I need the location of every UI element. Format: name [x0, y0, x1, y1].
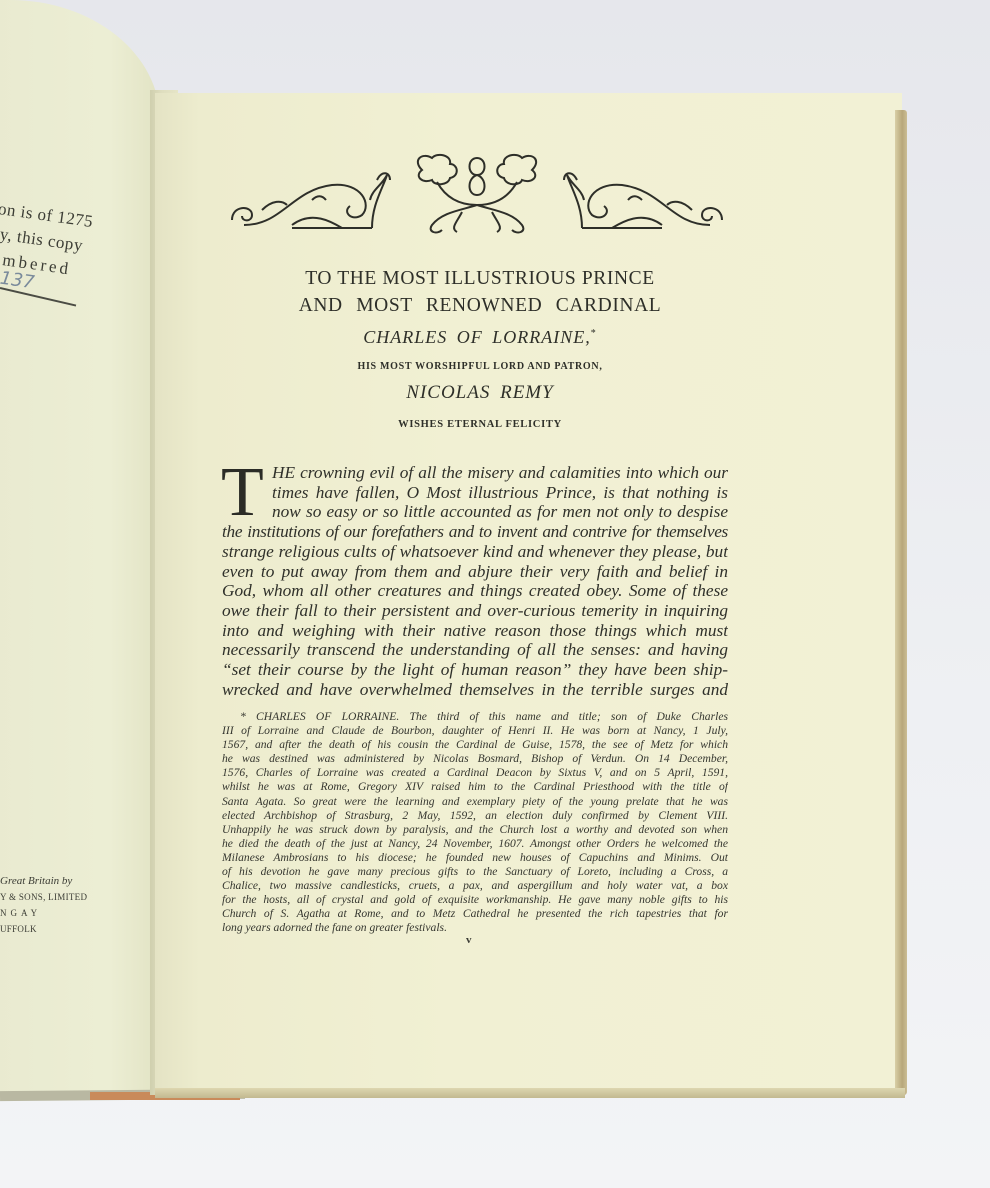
- floral-ornament-icon: [222, 150, 732, 240]
- page-block-edge: [895, 110, 907, 1095]
- text-line: into and weighing with their native reas…: [222, 621, 728, 641]
- footnote-line: Milanese Ambrosians to his diocese; he f…: [222, 851, 728, 865]
- dedication-heading-line-1: TO THE MOST ILLUSTRIOUS PRINCE: [215, 268, 745, 290]
- text-line: the institutions of our forefathers and …: [222, 522, 728, 542]
- text-line: even to put away from them and abjure th…: [222, 562, 728, 582]
- imprint-line: NGAY: [0, 905, 87, 921]
- dedication-subtitle: HIS MOST WORSHIPFUL LORD AND PATRON,: [215, 361, 745, 372]
- printer-imprint: Great Britain by Y & SONS, LIMITED NGAY …: [0, 873, 87, 937]
- text-line: now so easy or so little accounted as fo…: [222, 502, 728, 522]
- text-line: God, whom all other creatures and things…: [222, 581, 728, 601]
- text-line: owe their fall to their persistent and o…: [222, 601, 728, 621]
- footnote-line: Church of S. Agatha at Rome, and to Metz…: [222, 907, 728, 921]
- text-line: necessarily transcend the understanding …: [222, 640, 728, 660]
- dedication-closing: WISHES ETERNAL FELICITY: [215, 419, 745, 430]
- imprint-line: Great Britain by: [0, 873, 87, 889]
- dedicatee-name: CHARLES OF LORRAINE,*: [215, 327, 745, 348]
- footnote-line: he was destined was administered by Nico…: [222, 752, 728, 766]
- text-line: wrecked and have overwhelmed themselves …: [222, 680, 728, 700]
- footnote-line: 1576, Charles of Lorraine was created a …: [222, 766, 728, 780]
- footnote: * CHARLES OF LORRAINE. The third of this…: [222, 710, 728, 936]
- imprint-line: UFFOLK: [0, 921, 87, 937]
- text-line: “set their course by the light of human …: [222, 660, 728, 680]
- imprint-line: Y & SONS, LIMITED: [0, 889, 87, 905]
- footnote-line: whilst he was at Rome, Gregory XIV raise…: [222, 780, 728, 794]
- footnote-line: long years adorned the fane on greater f…: [222, 921, 728, 935]
- footnote-line: Santa Agata. So great were the learning …: [222, 795, 728, 809]
- dedication-heading-line-2: AND MOST RENOWNED CARDINAL: [215, 295, 745, 317]
- footnote-line: he died the death of the just at Nancy, …: [222, 837, 728, 851]
- page-bottom-edge: [155, 1088, 905, 1098]
- footnote-line: for the hosts, all of crystal and gold o…: [222, 893, 728, 907]
- text-line: times have fallen, O Most illustrious Pr…: [222, 483, 728, 503]
- footnote-line: III of Lorraine and Claude de Bourbon, d…: [222, 724, 728, 738]
- footnote-line: 1567, and after the death of his cousin …: [222, 738, 728, 752]
- footnote-line: * CHARLES OF LORRAINE. The third of this…: [222, 710, 728, 724]
- dedicatee-name-text: CHARLES OF LORRAINE,: [363, 327, 591, 347]
- footnote-mark: *: [591, 328, 597, 339]
- footnote-line: elected Archbishop of Strasburg, 2 May, …: [222, 809, 728, 823]
- footnote-line: Chalice, two massive candlesticks, cruet…: [222, 879, 728, 893]
- page-number: v: [466, 934, 472, 946]
- footnote-line: of his devotion he gave many precious gi…: [222, 865, 728, 879]
- text-line: strange religious cults of whatsoever ki…: [222, 542, 728, 562]
- body-paragraph: HE crowning evil of all the misery and c…: [222, 463, 728, 699]
- text-line: HE crowning evil of all the misery and c…: [222, 463, 728, 483]
- footnote-line: Unhappily he was struck down by paralysi…: [222, 823, 728, 837]
- author-name: NICOLAS REMY: [215, 382, 745, 404]
